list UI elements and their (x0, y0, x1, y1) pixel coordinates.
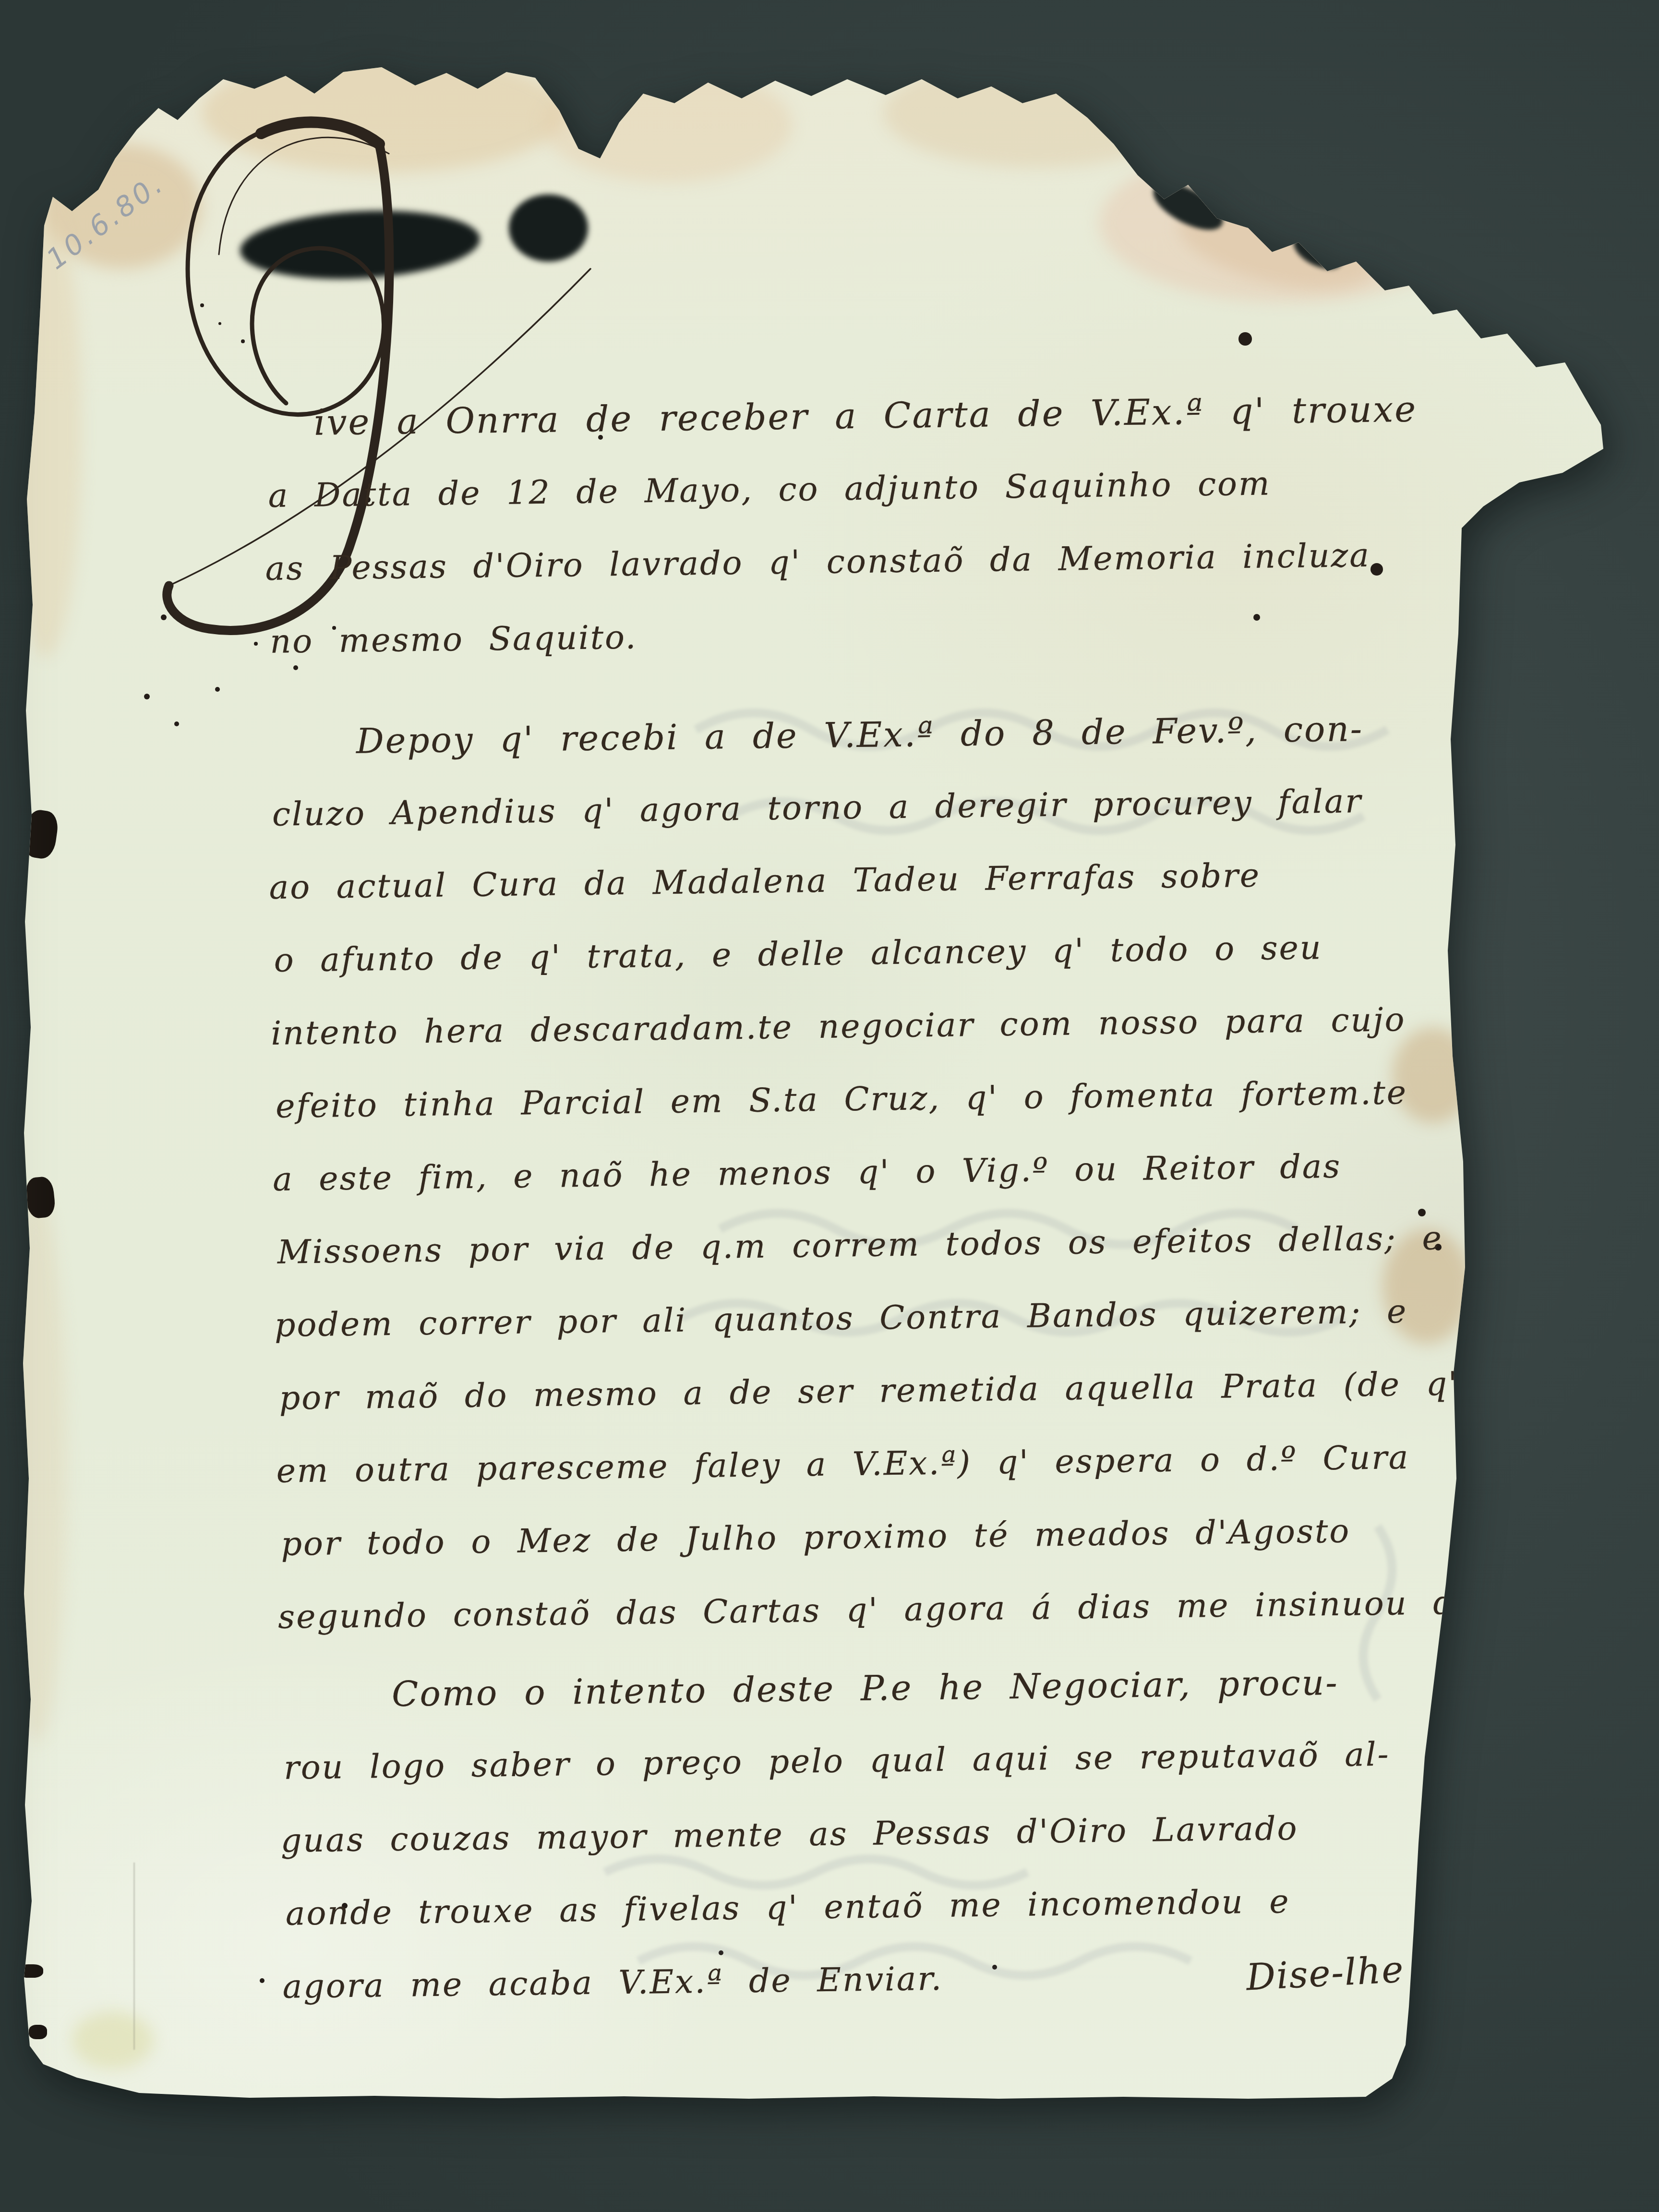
stain (72, 2011, 154, 2069)
manuscript-line: Como o intento deste P.e he Negociar, pr… (278, 1645, 1460, 1732)
manuscript-line: Missoens por via de q.m correm todos os … (277, 1202, 1455, 1289)
stain (1392, 1027, 1474, 1123)
paragraph: Como o intento deste P.e he Negociar, pr… (278, 1645, 1464, 2024)
photo-background: 10.6.80. T ive a Onrra de receber a Cart… (0, 0, 1659, 2212)
manuscript-page: 10.6.80. T ive a Onrra de receber a Cart… (0, 0, 1659, 2212)
ink-showthrough (0, 0, 1659, 2212)
calligraphic-initial-flourish (143, 102, 618, 675)
stain (1099, 144, 1474, 302)
torn-edge-shadow (509, 194, 588, 262)
paragraph: Depoy q' recebi a de V.Ex.ª do 8 de Fev.… (267, 691, 1459, 1654)
stain (1382, 1229, 1471, 1344)
torn-edge-shadow (1146, 174, 1230, 240)
manuscript-line: a Datta de 12 de Mayo, co adjunto Saquin… (268, 445, 1446, 533)
pencil-date-annotation: 10.6.80. (40, 167, 170, 276)
stain (883, 58, 1190, 168)
stain (1170, 185, 1383, 305)
paper-crease (133, 1863, 135, 2050)
ink-speckles (161, 614, 167, 620)
ink-blot (29, 2025, 47, 2039)
torn-edge-shadow (89, 88, 121, 131)
manuscript-line: ao actual Cura da Madalena Tadeu Ferrafa… (269, 837, 1451, 925)
manuscript-line: em outra paresceme faley a V.Ex.ª) q' es… (276, 1421, 1458, 1508)
manuscript-line: rou logo saber o preço pelo qual aqui se… (283, 1718, 1461, 1805)
torn-edge-shadow (239, 205, 482, 285)
manuscript-line: podem correr por ali quantos Contra Band… (274, 1275, 1456, 1362)
manuscript-line: Depoy q' recebi a de V.Ex.ª do 8 de Fev.… (267, 691, 1449, 779)
stain (43, 144, 202, 269)
manuscript-line: intento hera descaradam.te negociar com … (271, 983, 1453, 1070)
stain (542, 67, 792, 182)
manuscript-line: o afunto de q' trata, e delle alcancey q… (274, 910, 1452, 998)
letter-body: ive a Onrra de receber a Carta de V.Ex.ª… (263, 373, 1464, 2024)
ink-blot (18, 1964, 43, 1978)
manuscript-line: aonde trouxe as fivelas q' entaõ me inco… (285, 1863, 1463, 1951)
manuscript-line: guas couzas mayor mente as Pessas d'Oiro… (280, 1791, 1462, 1878)
manuscript-line: por maõ do mesmo a de ser remetida aquel… (279, 1348, 1457, 1435)
paragraph: ive a Onrra de receber a Carta de V.Ex.ª… (263, 373, 1447, 679)
manuscript-line: efeito tinha Parcial em S.ta Cruz, q' o … (275, 1056, 1453, 1143)
manuscript-line: segundo constaõ das Cartas q' agora á di… (277, 1567, 1459, 1654)
paper-shadow-wrap: 10.6.80. T ive a Onrra de receber a Cart… (0, 0, 1659, 2212)
ink-blot (22, 808, 60, 860)
ink-blot (24, 1176, 57, 1219)
stain (202, 53, 566, 173)
torn-edge-shadow (1288, 227, 1347, 276)
stain (10, 202, 82, 658)
manuscript-line: as Pessas d'Oiro lavrado q' constaõ da M… (265, 518, 1447, 606)
stain (5, 1190, 67, 1743)
manuscript-line: cluzo Apendius q' agora torno a deregir … (272, 764, 1450, 852)
manuscript-line: agora me acaba V.Ex.ª de Enviar. (282, 1936, 1464, 2024)
manuscript-line: por todo o Mez de Julho proximo té meado… (281, 1494, 1459, 1581)
manuscript-line: a este fim, e naõ he menos q' o Vig.º ou… (272, 1129, 1454, 1216)
manuscript-line: ive a Onrra de receber a Carta de V.Ex.ª… (263, 373, 1445, 460)
catchword: Dise-lhe (1245, 1948, 1405, 1998)
manuscript-line: no mesmo Saquito. (270, 591, 1448, 679)
